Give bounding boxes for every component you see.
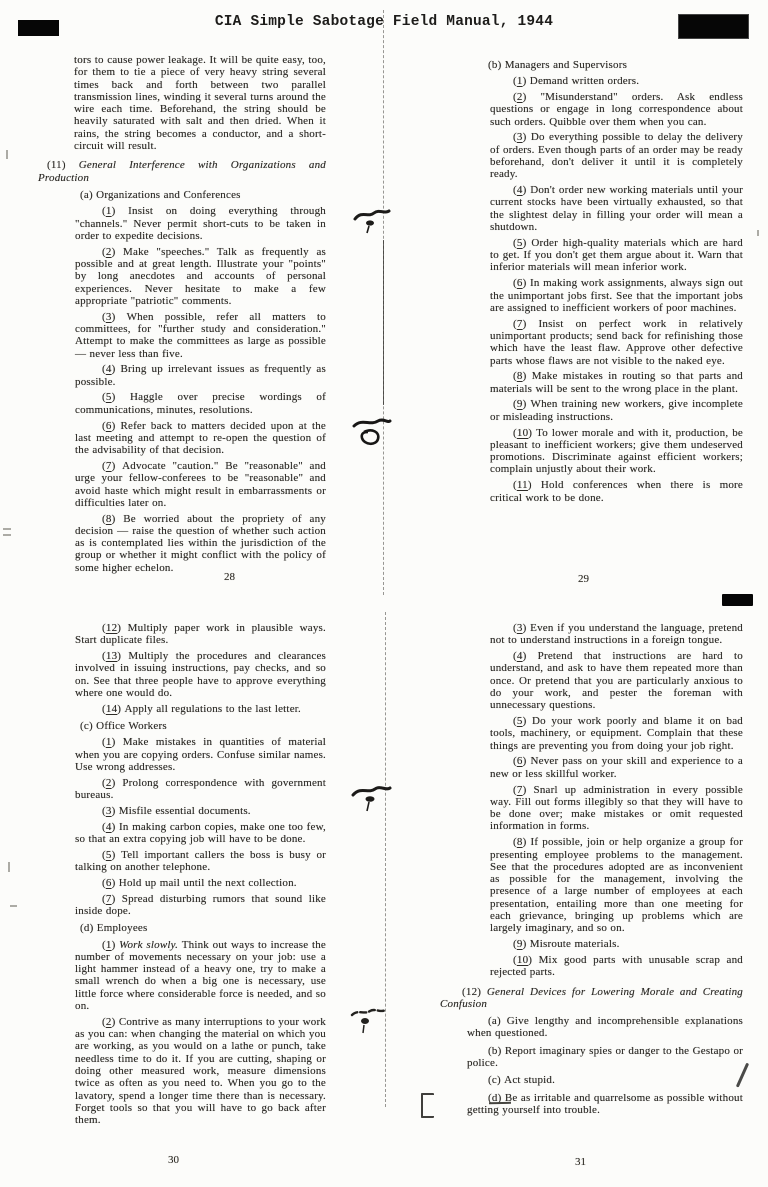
paragraph-text: Apply all regulations to the last letter… xyxy=(125,703,301,715)
paragraph-number: (1) xyxy=(102,736,123,748)
paragraph-text: Office Workers xyxy=(96,720,167,732)
paragraph-number: (1) xyxy=(102,939,119,951)
paragraph-number: (7) xyxy=(102,893,122,905)
paragraph: (1) Make mistakes in quantities of mater… xyxy=(75,736,326,773)
paragraph-number: (2) xyxy=(102,246,123,258)
paragraph-number: (12) xyxy=(462,986,487,998)
paragraph: (2) Prolong correspondence with governme… xyxy=(75,777,326,802)
paragraph: (8) Be worried about the propriety of an… xyxy=(75,513,326,574)
page-31-text-column: (3) Even if you understand the language,… xyxy=(440,622,743,1120)
document-title: CIA Simple Sabotage Field Manual, 1944 xyxy=(0,14,768,30)
paragraph: (d) Be as irritable and quarrelsome as p… xyxy=(467,1092,743,1117)
paragraph-number: (2) xyxy=(102,777,122,789)
paragraph: (d) Employees xyxy=(64,922,326,934)
paragraph-number: (13) xyxy=(102,650,128,662)
paragraph-number: (6) xyxy=(513,277,530,289)
paragraph-number: (5) xyxy=(102,849,121,861)
fold-line-top-solid-segment xyxy=(383,240,384,405)
paragraph-number: (4) xyxy=(102,363,120,375)
paragraph-number: (3) xyxy=(513,622,530,634)
paragraph-number: (10) xyxy=(513,427,536,439)
paragraph: (a) Give lengthy and incomprehensible ex… xyxy=(467,1015,743,1040)
ink-smudge-icon xyxy=(350,416,392,450)
paragraph: (7) Insist on perfect work in relatively… xyxy=(490,318,743,367)
paragraph-text: Demand written orders. xyxy=(530,75,639,87)
paragraph: (b) Managers and Supervisors xyxy=(467,59,743,71)
paragraph-number: (3) xyxy=(102,805,119,817)
paragraph-number: (11) xyxy=(513,479,541,491)
paragraph-number: (10) xyxy=(513,954,539,966)
paragraph-number: (5) xyxy=(102,391,130,403)
redaction-bar-right-margin xyxy=(722,594,753,606)
paragraph: (4) Bring up irrelevant issues as freque… xyxy=(75,363,326,388)
paragraph-number: (6) xyxy=(102,877,119,889)
page-29-text-column: (b) Managers and Supervisors(1) Demand w… xyxy=(440,54,743,507)
page-number: 31 xyxy=(575,1156,586,1168)
paragraph: (2) Make "speeches." Talk as frequently … xyxy=(75,246,326,307)
paragraph-number: (a) xyxy=(488,1015,507,1027)
paragraph: (8) If possible, join or help organize a… xyxy=(490,836,743,934)
paragraph-number: (4) xyxy=(513,650,538,662)
paragraph: (14) Apply all regulations to the last l… xyxy=(75,703,326,715)
paragraph: (5) Tell important callers the boss is b… xyxy=(75,849,326,874)
paragraph-number: (2) xyxy=(102,1016,119,1028)
scan-speck xyxy=(3,528,11,530)
paragraph: (3) Even if you understand the language,… xyxy=(490,622,743,647)
paragraph: (8) Make mistakes in routing so that par… xyxy=(490,370,743,395)
redaction-bar-top-left xyxy=(18,20,59,36)
paragraph-text: Contrive as many interruptions to your w… xyxy=(75,1016,326,1126)
paragraph: (9) Misroute materials. xyxy=(490,938,743,950)
paragraph-number: (c) xyxy=(488,1074,504,1086)
paragraph: (4) In making carbon copies, make one to… xyxy=(75,821,326,846)
paragraph-text: If possible, join or help organize a gro… xyxy=(490,836,743,934)
paragraph-text: Misfile essential documents. xyxy=(119,805,251,817)
paragraph: (1) Work slowly. Think out ways to incre… xyxy=(75,939,326,1013)
paragraph-text: Hold up mail until the next collection. xyxy=(119,877,297,889)
paragraph-number: (b) xyxy=(488,59,505,71)
paragraph-number: (2) xyxy=(513,91,540,103)
paragraph-number: (1) xyxy=(513,75,530,87)
ink-smudge-icon xyxy=(349,1006,387,1036)
paragraph: (5) Haggle over precise wordings of comm… xyxy=(75,391,326,416)
paragraph-number: (5) xyxy=(513,715,532,727)
paragraph: (4) Don't order new working materials un… xyxy=(490,184,743,233)
paragraph: (c) Office Workers xyxy=(64,720,326,732)
paragraph-text: General Interference with Organizations … xyxy=(38,159,326,183)
paragraph: (2) "Misunderstand" orders. Ask endless … xyxy=(490,91,743,128)
paragraph: tors to cause power leakage. It will be … xyxy=(74,54,326,152)
ink-smudge-icon xyxy=(350,782,392,814)
paragraph: (6) Never pass on your skill and experie… xyxy=(490,755,743,780)
paragraph-number: (6) xyxy=(102,420,120,432)
paragraph: (6) Refer back to matters decided upon a… xyxy=(75,420,326,457)
paragraph: (6) Hold up mail until the next collecti… xyxy=(75,877,326,889)
paragraph-text: tors to cause power leakage. It will be … xyxy=(74,54,326,152)
paragraph: (12) General Devices for Lowering Morale… xyxy=(440,986,743,1011)
paragraph-number: (9) xyxy=(513,398,531,410)
paragraph: (13) Multiply the procedures and clearan… xyxy=(75,650,326,699)
paragraph: (5) Do your work poorly and blame it on … xyxy=(490,715,743,752)
paragraph: (5) Order high-quality materials which a… xyxy=(490,237,743,274)
scan-speck xyxy=(6,150,8,159)
paragraph: (6) In making work assignments, always s… xyxy=(490,277,743,314)
paragraph: (7) Spread disturbing rumors that sound … xyxy=(75,893,326,918)
scan-speck xyxy=(3,534,11,536)
paragraph: (12) Multiply paper work in plausible wa… xyxy=(75,622,326,647)
paragraph-number: (7) xyxy=(102,460,122,472)
paragraph-number: (c) xyxy=(80,720,96,732)
paragraph-text: Employees xyxy=(97,922,148,934)
paragraph-number: (4) xyxy=(102,821,119,833)
paragraph: (a) Organizations and Conferences xyxy=(64,189,326,201)
paragraph-number: (7) xyxy=(513,318,539,330)
scanned-document-page: CIA Simple Sabotage Field Manual, 1944 t… xyxy=(0,0,768,1187)
paragraph-number: (3) xyxy=(102,311,127,323)
paragraph-number: (8) xyxy=(513,836,531,848)
paragraph: (c) Act stupid. xyxy=(467,1074,743,1086)
paragraph-text: Organizations and Conferences xyxy=(96,189,240,201)
paragraph-number: (4) xyxy=(513,184,530,196)
paragraph-text: Give lengthy and incomprehensible explan… xyxy=(467,1015,743,1039)
paragraph: (2) Contrive as many interruptions to yo… xyxy=(75,1016,326,1127)
page-number: 28 xyxy=(224,571,235,583)
paragraph-text: Managers and Supervisors xyxy=(505,59,627,71)
paragraph: (11) General Interference with Organizat… xyxy=(38,159,326,184)
paragraph-text: Misroute materials. xyxy=(530,938,620,950)
paragraph-number: (b) xyxy=(488,1045,505,1057)
paragraph-number: (3) xyxy=(513,131,531,143)
paragraph: (b) Report imaginary spies or danger to … xyxy=(467,1045,743,1070)
page-number: 30 xyxy=(168,1154,179,1166)
paragraph-text: Report imaginary spies or danger to the … xyxy=(467,1045,743,1069)
paragraph: (7) Snarl up administration in every pos… xyxy=(490,784,743,833)
ink-smudge-icon xyxy=(352,205,392,235)
pencil-underline-mark xyxy=(489,1102,511,1104)
paragraph: (4) Pretend that instructions are hard t… xyxy=(490,650,743,711)
page-28-text-column: tors to cause power leakage. It will be … xyxy=(38,54,326,578)
scan-speck xyxy=(10,905,17,907)
paragraph: (9) When training new workers, give inco… xyxy=(490,398,743,423)
paragraph-number: (8) xyxy=(513,370,532,382)
paragraph: (3) Do everything possible to delay the … xyxy=(490,131,743,180)
paragraph-text: Act stupid. xyxy=(504,1074,555,1086)
page-30-text-column: (12) Multiply paper work in plausible wa… xyxy=(38,622,326,1130)
scan-speck xyxy=(757,230,759,236)
paragraph-number: (a) xyxy=(80,189,96,201)
scan-speck xyxy=(8,862,10,872)
paragraph-number: (11) xyxy=(47,159,79,171)
paragraph-number: (14) xyxy=(102,703,125,715)
paragraph-number: (12) xyxy=(102,622,128,634)
page-number: 29 xyxy=(578,573,589,585)
paragraph: (11) Hold conferences when there is more… xyxy=(490,479,743,504)
paragraph-number: (9) xyxy=(513,938,530,950)
paragraph-number: (5) xyxy=(513,237,531,249)
paragraph: (1) Insist on doing everything through "… xyxy=(75,205,326,242)
paragraph-number: (8) xyxy=(102,513,123,525)
paragraph-number: (7) xyxy=(513,784,534,796)
paragraph: (10) To lower morale and with it, produc… xyxy=(490,427,743,476)
paragraph-number: (d) xyxy=(80,922,97,934)
paragraph: (7) Advocate "caution." Be "reasonable" … xyxy=(75,460,326,509)
paragraph-number: (6) xyxy=(513,755,531,767)
redaction-bar-top-right xyxy=(678,14,749,39)
paragraph: (1) Demand written orders. xyxy=(490,75,743,87)
paragraph: (3) When possible, refer all matters to … xyxy=(75,311,326,360)
paragraph: (3) Misfile essential documents. xyxy=(75,805,326,817)
paragraph-number: (1) xyxy=(102,205,128,217)
paragraph: (10) Mix good parts with unusable scrap … xyxy=(490,954,743,979)
pencil-bracket-mark xyxy=(421,1093,434,1118)
